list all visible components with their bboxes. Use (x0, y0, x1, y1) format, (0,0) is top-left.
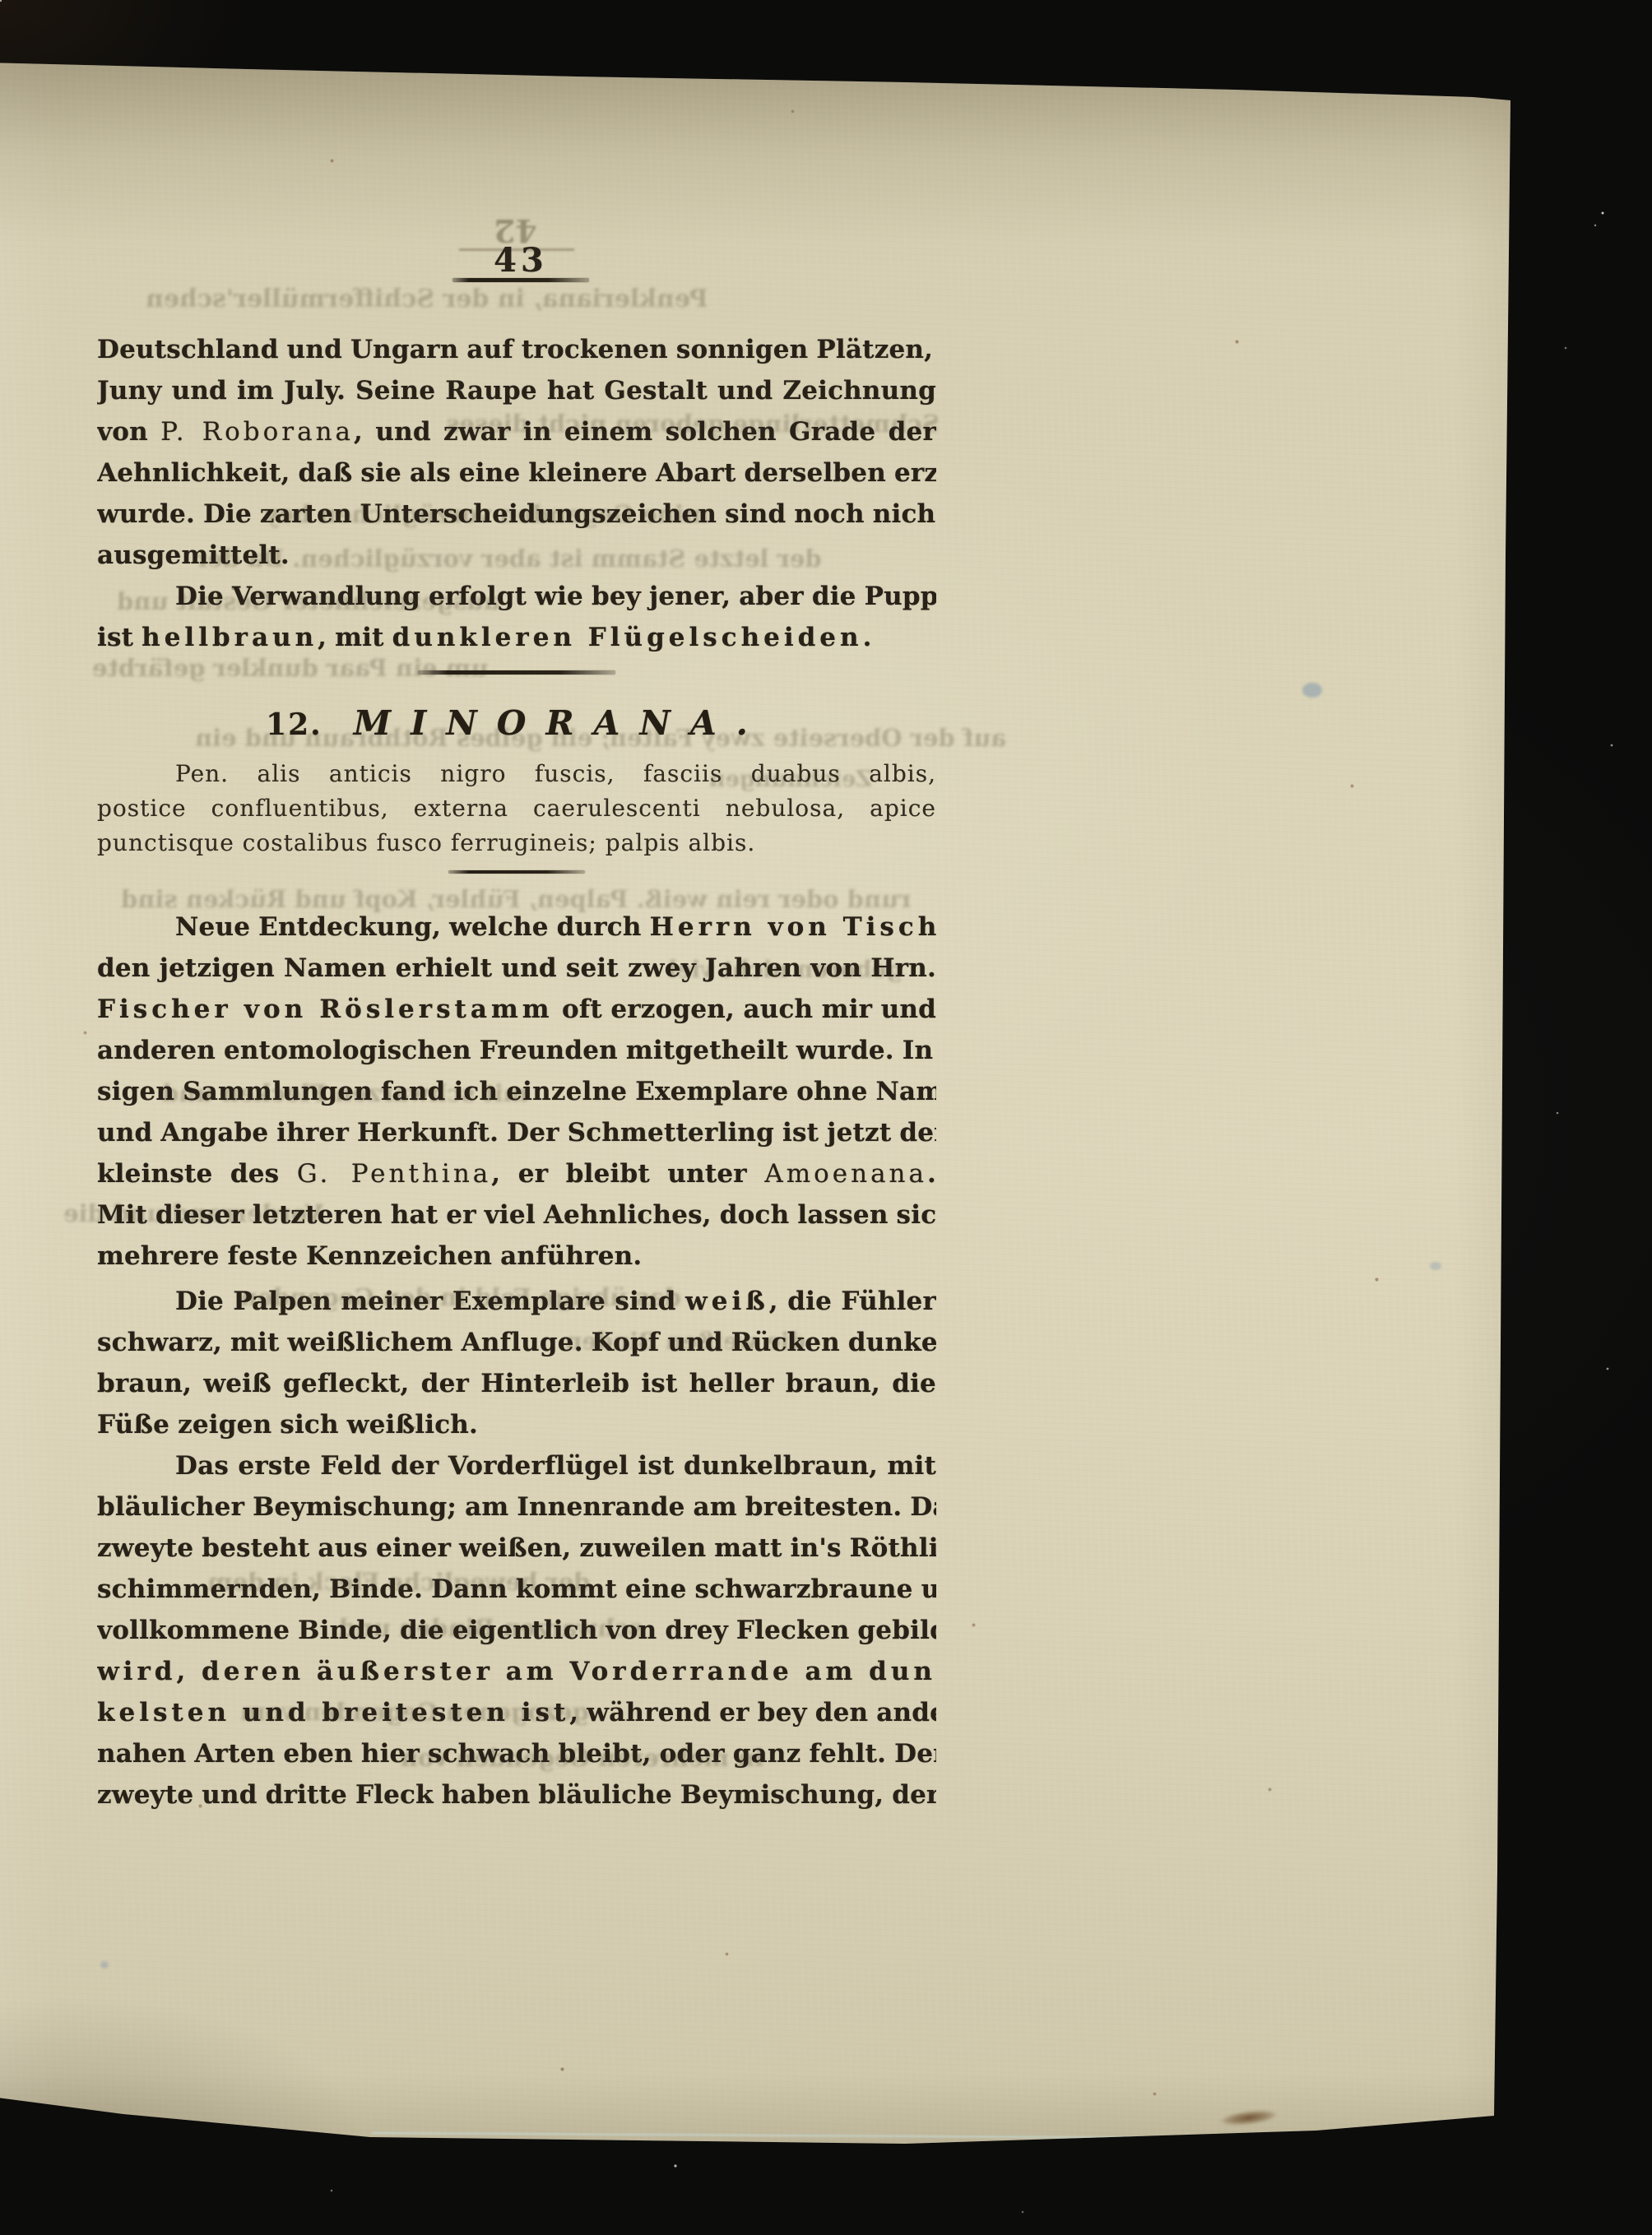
text-line: schimmernden, Binde. Dann kommt eine sch… (97, 1569, 936, 1610)
emphasized-name: Herrn von Tischer (650, 912, 936, 942)
text-block: Deutschland und Ungarn auf trockenen son… (97, 329, 936, 1815)
text-segment: sigen Sammlungen fand ich einzelne Exemp… (97, 1077, 936, 1106)
text-line: kelsten und breitesten ist, während er b… (97, 1692, 936, 1733)
text-segment: wurde. Die zarten Unterscheidungszeichen… (97, 499, 936, 529)
section-divider-rule (448, 870, 585, 874)
text-segment: oft erzogen, auch mir und (554, 995, 936, 1024)
text-line: bläulicher Beymischung; am Innenrande am… (97, 1486, 936, 1528)
text-line: Deutschland und Ungarn auf trockenen son… (97, 329, 936, 370)
text-line: schwarz, mit weißlichem Anfluge. Kopf un… (97, 1322, 936, 1363)
text-segment: , er bleibt unter (491, 1159, 764, 1189)
text-segment: postice confluentibus, externa caerulesc… (97, 795, 936, 822)
emphasized-name: weiß (685, 1287, 769, 1316)
emphasized-name: Fischer von Röslerstamm (97, 995, 554, 1024)
text-segment: zweyte besteht aus einer weißen, zuweile… (97, 1533, 936, 1563)
text-segment: den jetzigen Namen erhielt und seit zwey… (97, 953, 936, 983)
paragraph: Neue Entdeckung, welche durch Herrn von … (97, 907, 936, 1277)
text-line: Aehnlichkeit, daß sie als eine kleinere … (97, 452, 936, 494)
text-line: vollkommene Binde, die eigentlich von dr… (97, 1610, 936, 1651)
text-line: und Angabe ihrer Herkunft. Der Schmetter… (97, 1112, 936, 1153)
paragraph: Deutschland und Ungarn auf trockenen son… (97, 329, 936, 576)
species-name: MINORANA. (354, 703, 768, 743)
emphasized-name: wird, deren äußerster am Vorderrande am … (97, 1657, 936, 1686)
text-line: braun, weiß gefleckt, der Hinterleib ist… (97, 1363, 936, 1404)
bleed-through-text: Penkleriana, in der Schiffermüller'schen (146, 285, 708, 313)
text-line: Die Palpen meiner Exemplare sind weiß, d… (97, 1281, 936, 1322)
text-segment: Mit dieser letzteren hat er viel Aehnlic… (97, 1200, 936, 1230)
text-segment: und Angabe ihrer Herkunft. Der Schmetter… (97, 1118, 936, 1148)
text-segment: Juny und im July. Seine Raupe hat Gestal… (97, 376, 936, 406)
emphasized-name: P. Roborana (160, 417, 354, 447)
text-line: Fischer von Röslerstamm oft erzogen, auc… (97, 989, 936, 1030)
text-line: Neue Entdeckung, welche durch Herrn von … (97, 907, 936, 948)
text-line: ausgemittelt. (97, 535, 936, 576)
text-segment: schimmernden, Binde. Dann kommt eine sch… (97, 1574, 936, 1604)
text-line: von P. Roborana, und zwar in einem solch… (97, 411, 936, 452)
text-segment: , während er bey den anderen (569, 1698, 936, 1727)
text-segment: , mit (318, 623, 392, 652)
species-heading: 12.MINORANA. (97, 703, 936, 749)
emphasized-name: dunkleren Flügelscheiden (392, 623, 863, 652)
paragraph: Die Verwandlung erfolgt wie bey jener, a… (97, 576, 936, 658)
text-line: punctisque costalibus fusco ferrugineis;… (97, 826, 936, 860)
header-rule (452, 278, 589, 282)
emphasized-name: Amoenana (764, 1159, 927, 1189)
text-line: wurde. Die zarten Unterscheidungszeichen… (97, 494, 936, 535)
page-edge-highlight (372, 2131, 1318, 2140)
text-segment: kleinste des (97, 1159, 297, 1189)
emphasized-name: G. Penthina (297, 1159, 491, 1189)
text-line: postice confluentibus, externa caerulesc… (97, 791, 936, 826)
text-segment: anderen entomologischen Freunden mitgeth… (97, 1036, 936, 1065)
text-segment: Neue Entdeckung, welche durch (175, 912, 650, 942)
text-segment: punctisque costalibus fusco ferrugineis;… (97, 829, 755, 856)
text-segment: , und zwar in einem solchen Grade der (354, 417, 936, 447)
text-line: Das erste Feld der Vorderflügel ist dunk… (97, 1445, 936, 1486)
text-line: Füße zeigen sich weißlich. (97, 1404, 936, 1445)
text-segment: . (927, 1159, 936, 1189)
species-number: 12. (266, 707, 323, 742)
blue-fleck (100, 1961, 109, 1968)
text-line: ist hellbraun, mit dunkleren Flügelschei… (97, 617, 936, 658)
text-segment: bläulicher Beymischung; am Innenrande am… (97, 1492, 936, 1522)
page-leaf: Penkleriana, in der Schiffermüller'schen… (0, 61, 1512, 2147)
text-segment: . (863, 623, 872, 652)
scanner-dust (0, 0, 2, 2)
blue-fleck (1430, 1262, 1441, 1270)
bottom-edge-stain (1218, 2107, 1279, 2129)
paragraph: Die Palpen meiner Exemplare sind weiß, d… (97, 1281, 936, 1445)
text-line: wird, deren äußerster am Vorderrande am … (97, 1651, 936, 1692)
text-line: zweyte besteht aus einer weißen, zuweile… (97, 1528, 936, 1569)
text-segment: Füße zeigen sich weißlich. (97, 1410, 478, 1440)
text-line: den jetzigen Namen erhielt und seit zwey… (97, 948, 936, 989)
scan-background: Penkleriana, in der Schiffermüller'schen… (0, 0, 1652, 2235)
page-number: 43 (494, 241, 548, 280)
text-segment: schwarz, mit weißlichem Anfluge. Kopf un… (97, 1328, 936, 1357)
text-line: kleinste des G. Penthina, er bleibt unte… (97, 1153, 936, 1194)
text-line: mehrere feste Kennzeichen anführen. (97, 1236, 936, 1277)
text-segment: ausgemittelt. (97, 540, 290, 570)
text-segment: , die Fühler (769, 1287, 936, 1316)
text-segment: nahen Arten eben hier schwach bleibt, od… (97, 1739, 936, 1769)
text-line: Die Verwandlung erfolgt wie bey jener, a… (97, 576, 936, 617)
paragraph: Pen. alis anticis nigro fuscis, fasciis … (97, 757, 936, 860)
text-segment: mehrere feste Kennzeichen anführen. (97, 1241, 642, 1271)
text-segment: Pen. alis anticis nigro fuscis, fasciis … (175, 760, 936, 787)
text-segment: Die Verwandlung erfolgt wie bey jener, a… (175, 582, 936, 611)
text-line: nahen Arten eben hier schwach bleibt, od… (97, 1733, 936, 1774)
text-line: Mit dieser letzteren hat er viel Aehnlic… (97, 1194, 936, 1236)
text-line: Juny und im July. Seine Raupe hat Gestal… (97, 370, 936, 411)
text-line: sigen Sammlungen fand ich einzelne Exemp… (97, 1071, 936, 1112)
text-line: zweyte und dritte Fleck haben bläuliche … (97, 1774, 936, 1815)
text-segment: ist (97, 623, 142, 652)
text-segment: Deutschland und Ungarn auf trockenen son… (97, 335, 936, 364)
paragraph: Das erste Feld der Vorderflügel ist dunk… (97, 1445, 936, 1815)
section-divider-rule (418, 670, 615, 675)
text-segment: Die Palpen meiner Exemplare sind (175, 1287, 685, 1316)
text-segment: Das erste Feld der Vorderflügel ist dunk… (175, 1451, 936, 1481)
text-segment: von (97, 417, 160, 447)
emphasized-name: hellbraun (142, 623, 318, 652)
text-line: Pen. alis anticis nigro fuscis, fasciis … (97, 757, 936, 791)
emphasized-name: kelsten und breitesten ist (97, 1698, 569, 1727)
text-segment: braun, weiß gefleckt, der Hinterleib ist… (97, 1369, 936, 1398)
text-segment: Aehnlichkeit, daß sie als eine kleinere … (97, 458, 936, 488)
text-segment: vollkommene Binde, die eigentlich von dr… (97, 1616, 936, 1645)
blue-fleck (1302, 683, 1322, 698)
text-segment: zweyte und dritte Fleck haben bläuliche … (97, 1780, 936, 1810)
text-line: anderen entomologischen Freunden mitgeth… (97, 1030, 936, 1071)
